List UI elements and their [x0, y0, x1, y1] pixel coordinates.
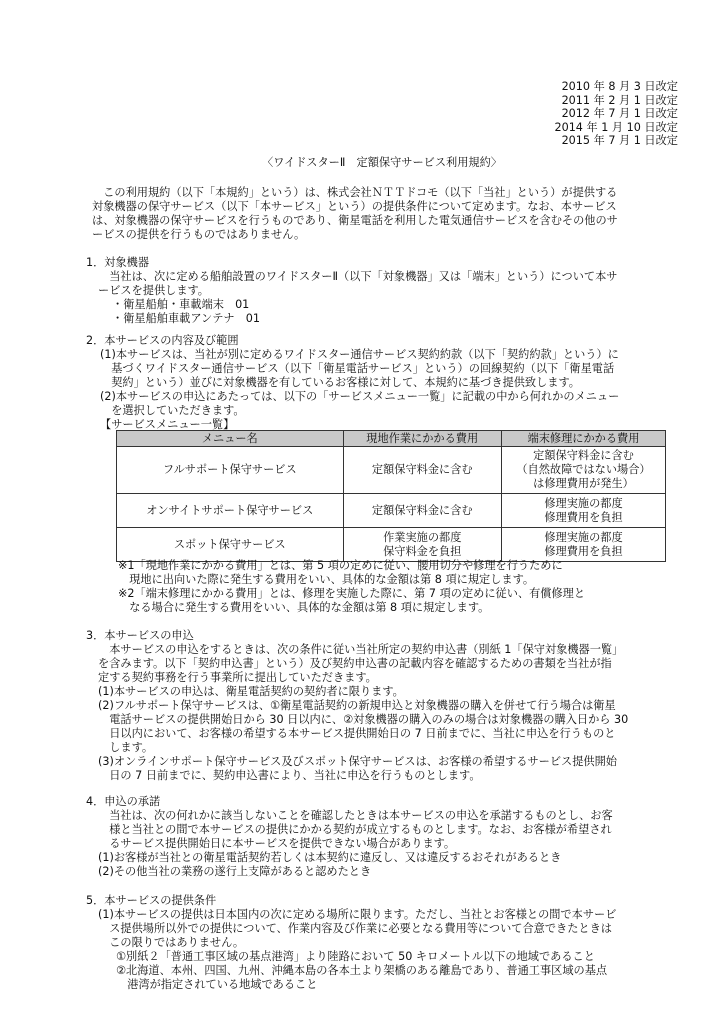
section-heading: 4．申込の承諾	[86, 795, 686, 809]
document-title: 〈ワイドスターⅡ 定額保守サービス利用規約〉	[0, 156, 724, 170]
table-row: オンサイトサポート保守サービス 定額保守料金に含む 修理実施の都度 修理費用を負…	[117, 494, 666, 528]
note-line: なる場合に発生する費用をいい、具体的な金額は第 8 項に規定します。	[118, 601, 718, 615]
service-menu-table: メニュー名 現地作業にかかる費用 端末修理にかかる費用 フルサポート保守サービス…	[116, 430, 666, 562]
text-line: (2)本サービスの申込にあたっては、以下の「サービスメニュー一覧」に記載の中から…	[86, 390, 686, 404]
text-line: 当社は、次に定める船舶設置のワイドスターⅡ（以下「対象機器」又は「端末」という）…	[86, 270, 686, 284]
text-line: ービスを提供します。	[86, 284, 686, 298]
text-line: ス提供場所以外での提供について、作業内容及び作業に必要となる費用等について合意で…	[86, 922, 686, 936]
table-cell: 修理実施の都度 修理費用を負担	[501, 528, 665, 562]
text-line: (2)その他当社の業務の遂行上支障があると認めたとき	[86, 865, 686, 879]
text-line: (2)フルサポート保守サービスは、①衛星電話契約の新規申込と対象機器の購入を併せ…	[86, 699, 686, 713]
text-line: 定する契約事務を行う事業所に提出していただきます。	[86, 671, 686, 685]
text-line: は、対象機器の保守サービスを行うものであり、衛星電話を利用した電気通信サービスを…	[92, 214, 692, 228]
note-line: 現地に出向いた際に発生する費用をいい、具体的な金額は第 8 項に規定します。	[118, 573, 718, 587]
list-item: ・衛星船舶車載アンテナ 01	[86, 312, 686, 326]
revision-date: 2010 年 8 月 3 日改定	[554, 80, 678, 94]
list-item: ①別紙２「普通工事区域の基点港湾」より陸路において 50 キロメートル以下の地域…	[86, 950, 686, 964]
text-line: します。	[86, 741, 686, 755]
text-line: (1)本サービスの申込は、衛星電話契約の契約者に限ります。	[86, 685, 686, 699]
table-cell: 定額保守料金に含む （自然故障ではない場合） は修理費用が発生）	[501, 447, 665, 494]
column-header: 端末修理にかかる費用	[501, 431, 665, 447]
table-cell: オンサイトサポート保守サービス	[117, 494, 344, 528]
text-line: この利用規約（以下「本規約」という）は、株式会社ＮＴＴドコモ（以下「当社」という…	[92, 186, 692, 200]
text-line: 基づくワイドスター通信サービス（以下「衛星電話サービス」という）の回線契約（以下…	[86, 362, 686, 376]
section-5: 5．本サービスの提供条件 (1)本サービスの提供は日本国内の次に定める場所に限り…	[86, 894, 686, 992]
revision-date: 2012 年 7 月 1 日改定	[554, 107, 678, 121]
note-line: ※2「端末修理にかかる費用」とは、修理を実施した際に、第 7 項の定めに従い、有…	[118, 587, 718, 601]
text-line: (3)オンラインサポート保守サービス及びスポット保守サービスは、お客様の希望する…	[86, 755, 686, 769]
list-item: ②北海道、本州、四国、九州、沖縄本島の各本土より架橋のある離島であり、普通工事区…	[86, 964, 686, 978]
text-line: 日の 7 日前までに、契約申込書により、当社に申込を行うものとします。	[86, 769, 686, 783]
table-cell: 作業実施の都度 保守料金を負担	[343, 528, 501, 562]
section-heading: 1．対象機器	[86, 256, 686, 270]
text-line: 日以内において、お客様の希望する本サービス提供開始日の 7 日前までに、当社に申…	[86, 727, 686, 741]
text-line: (1)本サービスの提供は日本国内の次に定める場所に限ります。ただし、当社とお客様…	[86, 908, 686, 922]
table-notes: ※1「現地作業にかかる費用」とは、第 5 項の定めに従い、腰用切分や修理を行うた…	[118, 559, 718, 615]
table-row: スポット保守サービス 作業実施の都度 保守料金を負担 修理実施の都度 修理費用を…	[117, 528, 666, 562]
text-line: 電話サービスの提供開始日から 30 日以内に、②対象機器の購入のみの場合は対象機…	[86, 713, 686, 727]
text-line: この限りではありません。	[86, 936, 686, 950]
text-line: 対象機器の保守サービス（以下「本サービス」という）の提供条件について定めます。な…	[92, 200, 692, 214]
text-line: (1)本サービスは、当社が別に定めるワイドスター通信サービス契約約款（以下「契約…	[86, 348, 686, 362]
table-cell: 修理実施の都度 修理費用を負担	[501, 494, 665, 528]
revision-history: 2010 年 8 月 3 日改定 2011 年 2 月 1 日改定 2012 年…	[554, 80, 678, 148]
intro-paragraph: この利用規約（以下「本規約」という）は、株式会社ＮＴＴドコモ（以下「当社」という…	[92, 186, 692, 242]
column-header: メニュー名	[117, 431, 344, 447]
section-heading: 2．本サービスの内容及び範囲	[86, 334, 686, 348]
text-line: 当社は、次の何れかに該当しないことを確認したときは本サービスの申込を承諾するもの…	[86, 809, 686, 823]
table-cell: 定額保守料金に含む	[343, 447, 501, 494]
text-line: 契約」という）並びに対象機器を有しているお客様に対して、本規約に基づき提供致しま…	[86, 376, 686, 390]
text-line: ービスの提供を行うものではありません。	[92, 228, 692, 242]
section-2: 2．本サービスの内容及び範囲 (1)本サービスは、当社が別に定めるワイドスター通…	[86, 334, 686, 432]
revision-date: 2014 年 1 月 10 日改定	[554, 121, 678, 135]
text-line: 本サービスの申込をするときは、次の条件に従い当社所定の契約申込書（別紙 1「保守…	[86, 643, 686, 657]
list-item: 港湾が指定されている地域であること	[86, 978, 686, 992]
section-4: 4．申込の承諾 当社は、次の何れかに該当しないことを確認したときは本サービスの申…	[86, 795, 686, 879]
revision-date: 2015 年 7 月 1 日改定	[554, 134, 678, 148]
table-row: フルサポート保守サービス 定額保守料金に含む 定額保守料金に含む （自然故障では…	[117, 447, 666, 494]
note-line: ※1「現地作業にかかる費用」とは、第 5 項の定めに従い、腰用切分や修理を行うた…	[118, 559, 718, 573]
text-line: を選択していただきます。	[86, 404, 686, 418]
table-header-row: メニュー名 現地作業にかかる費用 端末修理にかかる費用	[117, 431, 666, 447]
table-cell: フルサポート保守サービス	[117, 447, 344, 494]
text-line: るサービス提供開始日に本サービスを提供できない場合があります。	[86, 837, 686, 851]
text-line: を含みます。以下「契約申込書」という）及び契約申込書の記載内容を確認するための書…	[86, 657, 686, 671]
list-item: ・衛星船舶・車載端末 01	[86, 298, 686, 312]
text-line: (1)お客様が当社との衛星電話契約若しくは本契約に違反し、又は違反するおそれがあ…	[86, 851, 686, 865]
revision-date: 2011 年 2 月 1 日改定	[554, 94, 678, 108]
table-cell: 定額保守料金に含む	[343, 494, 501, 528]
section-3: 3．本サービスの申込 本サービスの申込をするときは、次の条件に従い当社所定の契約…	[86, 629, 686, 783]
section-heading: 5．本サービスの提供条件	[86, 894, 686, 908]
section-1: 1．対象機器 当社は、次に定める船舶設置のワイドスターⅡ（以下「対象機器」又は「…	[86, 256, 686, 326]
table-cell: スポット保守サービス	[117, 528, 344, 562]
column-header: 現地作業にかかる費用	[343, 431, 501, 447]
section-heading: 3．本サービスの申込	[86, 629, 686, 643]
text-line: 様と当社との間で本サービスの提供にかかる契約が成立するものとします。なお、お客様…	[86, 823, 686, 837]
